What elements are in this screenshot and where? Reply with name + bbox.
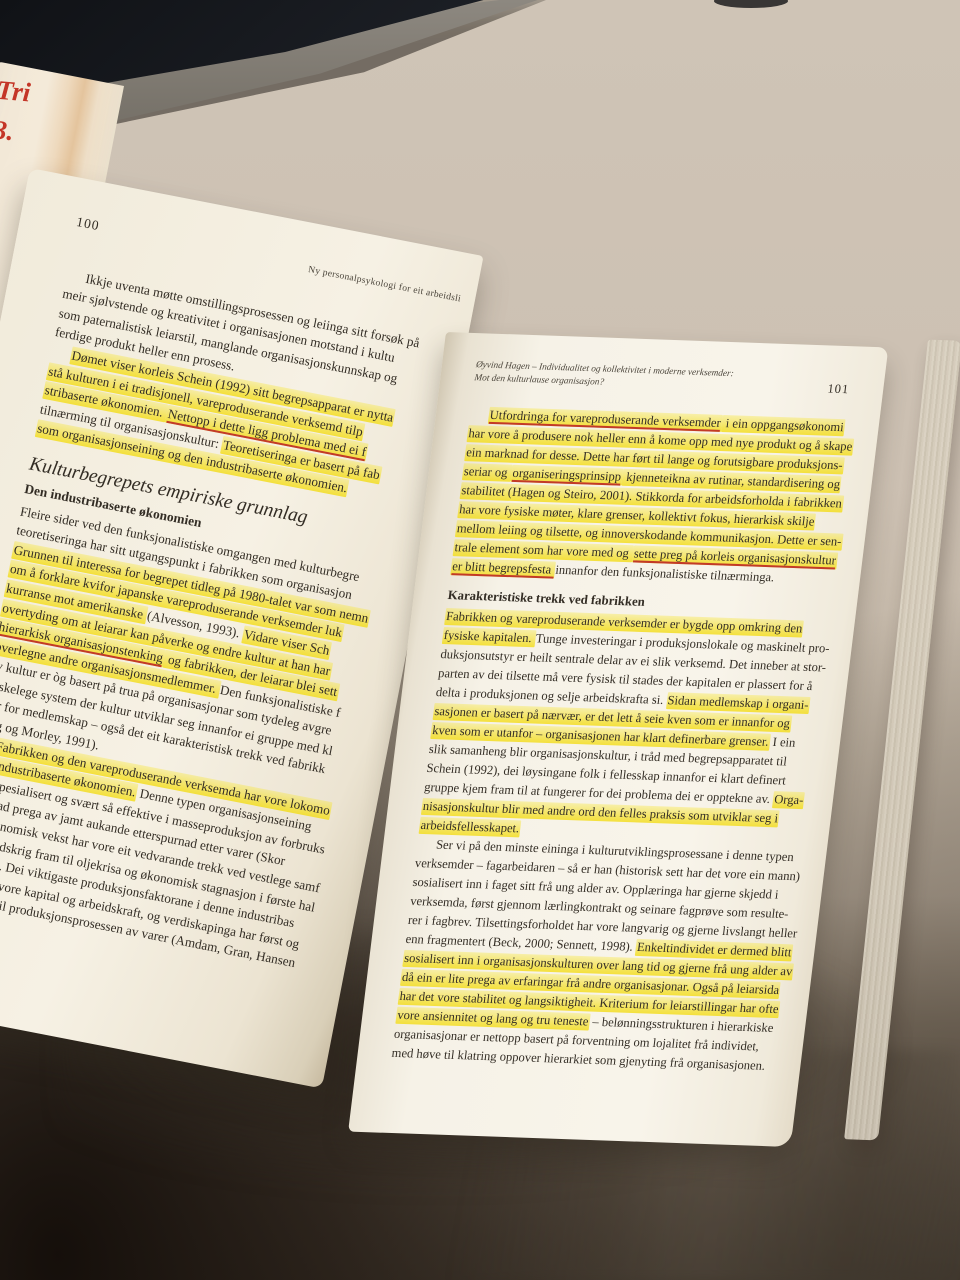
highlighted-text: arbeidsfellesskapet. — [419, 817, 522, 838]
text-segment: I ein — [769, 735, 797, 750]
right-page-header: Øyvind Hagen – Individualitet og kollekt… — [474, 359, 856, 398]
handwritten-note-line1: Tri — [0, 70, 32, 113]
handwritten-note-line2: 3. — [0, 110, 29, 153]
handwritten-note: Tri 3. — [0, 70, 32, 153]
paragraph: Utfordringa for vareproduserande verksem… — [450, 405, 850, 589]
right-page-body: Utfordringa for vareproduserande verksem… — [391, 405, 850, 1076]
running-header-right: Øyvind Hagen – Individualitet og kollekt… — [474, 359, 806, 397]
highlighted-text: Orga- — [772, 791, 805, 809]
page-number-right: 101 — [826, 380, 850, 400]
page-number-left: 100 — [75, 212, 102, 236]
running-header-left: Ny personalpsykologi for eit arbeidsli — [306, 257, 463, 310]
highlighted-text: fysiske kapitalen. — [442, 627, 537, 647]
paragraph: Fabrikken og vareproduserande verksemder… — [418, 607, 825, 848]
highlighted-text: seriar og — [462, 463, 513, 482]
highlighted-text: er blitt begrepsfesta — [450, 558, 556, 579]
paragraph: Ser vi på den minste eininga i kulturutv… — [391, 835, 798, 1076]
